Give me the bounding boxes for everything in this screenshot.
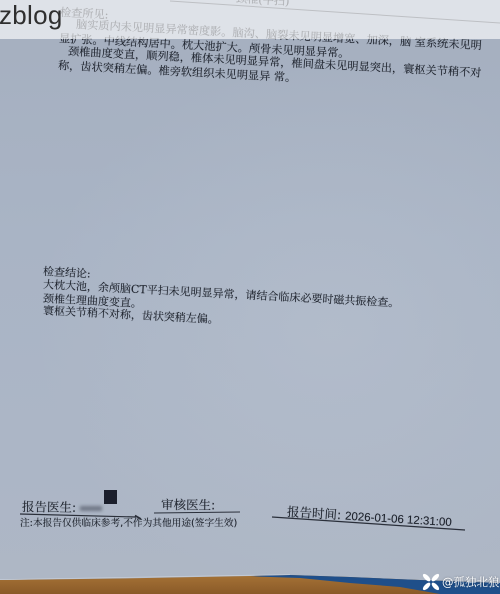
author-watermark: @孤独北狼 <box>421 572 500 592</box>
report-time: 报告时间:2026-01-06 12:31:00 <box>286 504 452 531</box>
reviewing-doctor-label: 审核医生: <box>161 497 215 513</box>
top-overlay-band <box>0 0 500 39</box>
site-watermark: zblog <box>0 2 63 28</box>
photo-of-ct-report: 颈椎(平扫) 检查所见: 脑实质内未见明显异常密度影。脑沟、脑裂未见明显增宽、加… <box>0 0 500 594</box>
author-handle: @孤独北狼 <box>442 574 500 590</box>
pinwheel-logo-icon <box>421 572 441 592</box>
disclaimer-note: 注:本报告仅供临床参考,不作为其他用途(签字生效) <box>20 517 237 531</box>
report-time-value: 2026-01-06 12:31:00 <box>345 511 452 529</box>
reporting-doctor-label: 报告医生: <box>22 499 76 516</box>
redaction-block <box>104 490 117 504</box>
redacted-signature <box>80 506 102 511</box>
report-time-label: 报告时间: <box>287 504 342 522</box>
